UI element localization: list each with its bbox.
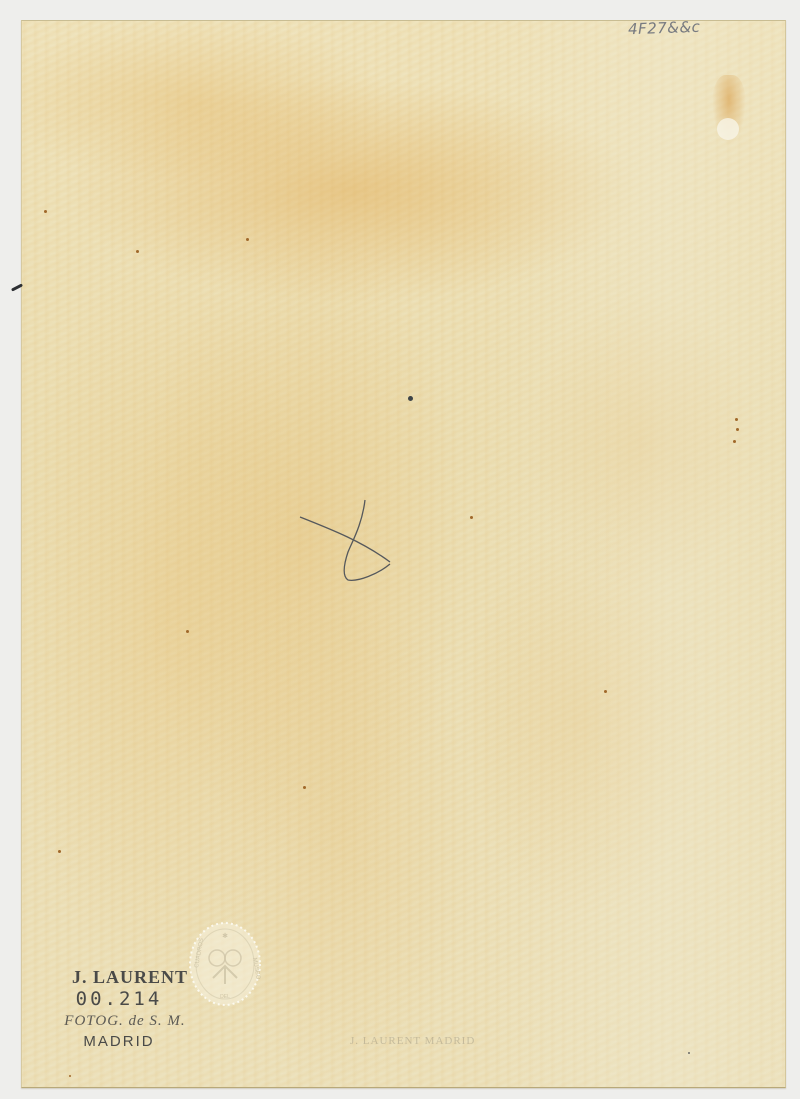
svg-text:DEL: DEL: [220, 994, 230, 1000]
pencil-cross-mark: [278, 480, 398, 590]
stamp-negative-number: 00.214: [33, 990, 205, 1009]
stamp-photographer-name: J. LAURENT: [55, 968, 205, 986]
scan-background: 4F27&&c ✱ CUADROS MUSEO DEL J. LAURENT 0…: [0, 0, 800, 1099]
svg-text:✱: ✱: [222, 932, 228, 940]
photographer-stamp: J. LAURENT 00.214 FOTOG. de S. M. MADRID: [45, 968, 205, 1049]
pencil-catalog-number: 4F27&&c: [628, 18, 701, 39]
dark-speck: [408, 396, 413, 401]
paper-light-area: [485, 21, 785, 1087]
photo-verso-paper: [21, 20, 786, 1088]
faint-show-through-text: J. LAURENT MADRID: [350, 1035, 475, 1047]
stamp-title: FOTOG. de S. M.: [45, 1014, 205, 1029]
stamp-city: MADRID: [33, 1034, 205, 1049]
stain-light-spot: [717, 118, 739, 140]
